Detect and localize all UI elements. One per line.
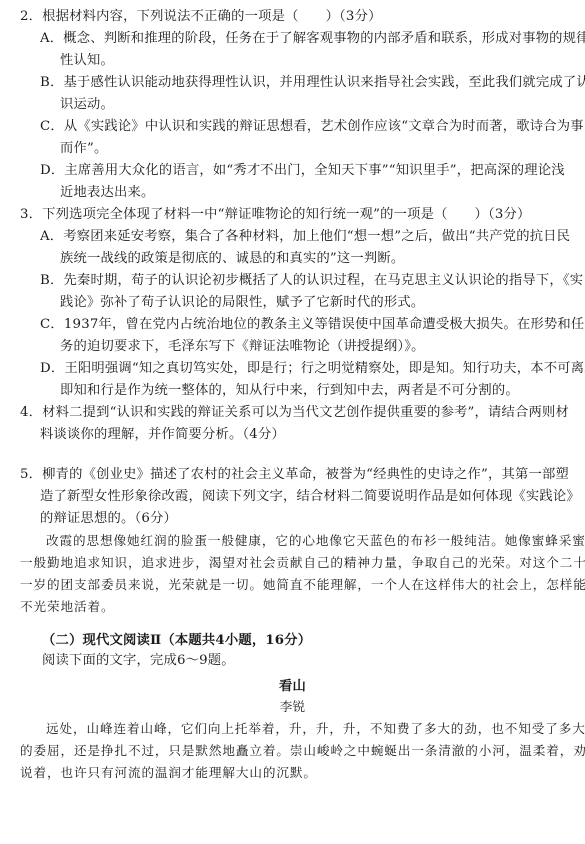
q5-excerpt-line1: 改霞的思想像她红润的脸蛋一般健康，它的心地像它天蓝色的布衫一般纯洁。她像蜜蜂采蜜 <box>46 532 585 550</box>
q3-option-a-line2: 族统一战线的政策是彻底的、诚恳的和真实的”这一判断。 <box>60 250 404 268</box>
article-author: 李锐 <box>0 698 585 716</box>
article-p1-line1: 远处，山峰连着山峰，它们向上托举着，升，升，升，不知费了多大的劲，也不知受了多大 <box>46 720 585 738</box>
q2-option-c-line1: C．从《实践论》中认识和实践的辩证思想看，艺术创作应该“文章合为时而著，歌诗合为… <box>40 118 584 136</box>
q3-option-d-line2: 即知和行是作为统一整体的，知从行中来，行到知中去，两者是不可分割的。 <box>60 382 519 400</box>
article-p1-line2: 的委屈，还是挣扎不过，只是默然地矗立着。崇山峻岭之中蜿蜒出一条清澈的小河，温柔着… <box>20 742 585 760</box>
question-5-line3: 的辩证思想的。（6分） <box>40 510 177 528</box>
q5-excerpt-line4: 不光荣地活着。 <box>20 598 114 616</box>
question-4-line1: 4．材料二提到“认识和实践的辩证关系可以为当代文艺创作提供重要的参考”，请结合两… <box>20 404 569 422</box>
exam-page: 2．根据材料内容，下列说法不正确的一项是（ ）（3分） A．概念、判断和推理的阶… <box>0 0 585 844</box>
section-instruction: 阅读下面的文字，完成6～9题。 <box>42 652 235 670</box>
question-4-line2: 料谈谈你的理解，并作简要分析。（4分） <box>40 426 285 444</box>
q2-option-a-line2: 性认知。 <box>60 52 114 70</box>
q3-option-a-line1: A．考察团来延安考察，集合了各种材料，加上他们“想一想”之后，做出“共产党的抗日… <box>40 228 570 246</box>
q5-excerpt-line2: 一般勤地追求知识，追求进步，渴望对社会贡献自己的精神力量，争取自己的光荣。对这个… <box>20 554 585 572</box>
q3-option-b-line2: 践论》弥补了荀子认识论的局限性，赋予了它新时代的形式。 <box>60 294 424 312</box>
article-p1-line3: 说着，也许只有河流的温润才能理解大山的沉默。 <box>20 764 317 782</box>
article-title: 看山 <box>0 678 585 696</box>
q2-option-d-line2: 近地表达出来。 <box>60 184 154 202</box>
q3-option-b-line1: B．先秦时期，荀子的认识论初步概括了人的认识过程，在马克思主义认识论的指导下，《… <box>40 272 583 290</box>
question-5-line1: 5．柳青的《创业史》描述了农村的社会主义革命，被誉为“经典性的史诗之作”，其第一… <box>20 466 569 484</box>
q2-option-b-line2: 识运动。 <box>60 96 114 114</box>
q5-excerpt-line3: 一岁的团支部委员来说，光荣就是一切。她简直不能理解，一个人在这样伟大的社会上，怎… <box>20 576 585 594</box>
q2-option-a-line1: A．概念、判断和推理的阶段，任务在于了解客观事物的内部矛盾和联系，形成对事物的规… <box>40 30 585 48</box>
question-3-stem: 3．下列选项完全体现了材料一中“辩证唯物论的知行统一观”的一项是（ ）（3分） <box>20 206 531 224</box>
q2-option-c-line2: 而作”。 <box>60 140 108 158</box>
q2-option-d-line1: D．主席善用大众化的语言，如“秀才不出门，全知天下事”“知识里手”，把高深的理论… <box>40 162 565 180</box>
q3-option-c-line2: 务的迫切要求下，毛泽东写下《辩证法唯物论（讲授提纲）》。 <box>60 338 425 356</box>
q3-option-c-line1: C．1937年，曾在党内占统治地位的教条主义等错误使中国革命遭受极大损失。在形势… <box>40 316 584 334</box>
q3-option-d-line1: D．王阳明强调“知之真切笃实处，即是行；行之明觉精察处，即是知。知行功夫，本不可… <box>40 360 585 378</box>
question-5-line2: 造了新型女性形象徐改霞，阅读下列文字，结合材料二简要说明作品是如何体现《实践论》 <box>40 488 580 506</box>
q2-option-b-line1: B．基于感性认识能动地获得理性认识，并用理性认识来指导社会实践，至此我们就完成了… <box>40 74 585 92</box>
question-2-stem: 2．根据材料内容，下列说法不正确的一项是（ ）（3分） <box>20 8 382 26</box>
section-heading: （二）现代文阅读Ⅱ（本题共4小题，16分） <box>42 632 311 650</box>
